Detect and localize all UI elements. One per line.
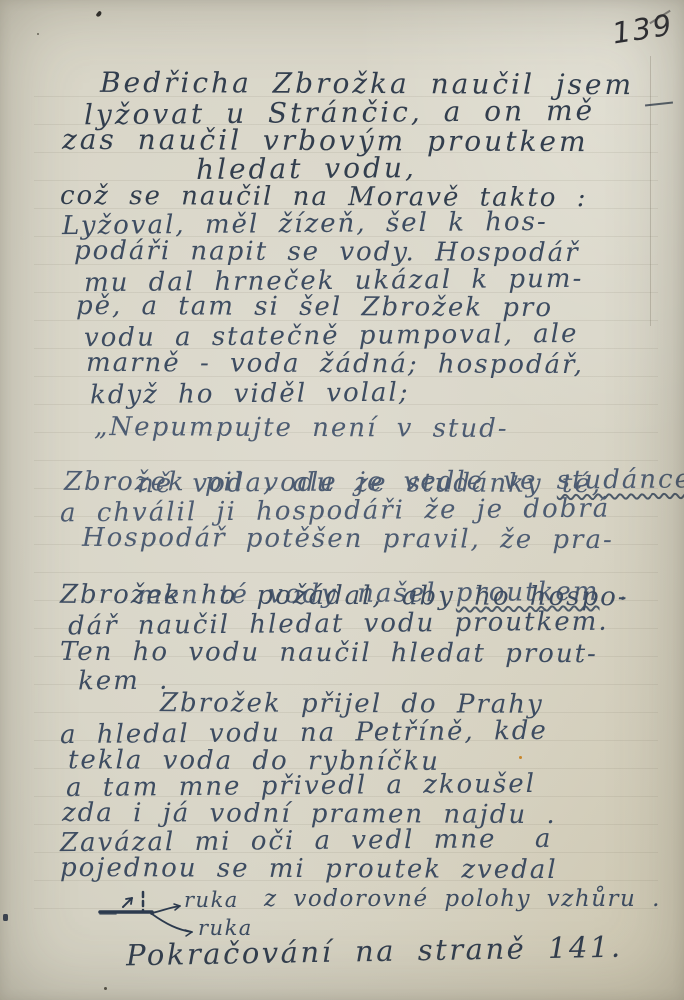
sketch-caption: z vodorovné polohy vzhůru . bbox=[264, 886, 661, 912]
manuscript-line: Ten ho vodu naučil hledat prout- bbox=[60, 639, 598, 667]
manuscript-line: Hospodář potěšen pravil, že pra- bbox=[82, 525, 614, 553]
manuscript-line: marně - voda žádná; hospodář, bbox=[86, 350, 584, 378]
manuscript-line: Zbrožek ho požádal, aby ho hospo- bbox=[60, 582, 629, 610]
paper-crease bbox=[650, 56, 651, 326]
manuscript-line: kem . bbox=[78, 668, 170, 695]
manuscript-page-photo: 139 Bedřicha Zbrožka naučil jsem lyžovat… bbox=[0, 0, 684, 1000]
stray-ink-dash bbox=[645, 102, 673, 107]
manuscript-line: pojednou se mi proutek zvedal bbox=[60, 855, 558, 883]
manuscript-line: Zbrožek pil vodu ze studánky té, bbox=[64, 469, 602, 497]
manuscript-line: vodu a statečně pumpoval, ale bbox=[84, 321, 579, 351]
manuscript-line: a chválil ji hospodáři že je dobrá bbox=[60, 496, 610, 527]
manuscript-line: dář naučil hledat vodu proutkem. bbox=[68, 609, 609, 640]
manuscript-line: a tam mne přivedl a zkoušel bbox=[66, 771, 536, 801]
manuscript-line: Zbrožek přijel do Prahy bbox=[160, 690, 544, 718]
manuscript-line: Zavázal mi oči a vedl mne a bbox=[60, 826, 553, 856]
ink-speck bbox=[104, 987, 107, 990]
continuation-note: Pokračování na straně 141. bbox=[126, 930, 623, 973]
manuscript-line: Lyžoval, měl žízeň, šel k hos- bbox=[62, 209, 548, 239]
hand-label-upper: ruka bbox=[184, 888, 239, 912]
ink-speck bbox=[96, 10, 103, 17]
ink-speck bbox=[37, 33, 39, 35]
manuscript-line: „Nepumpujte není v stud- bbox=[94, 414, 509, 442]
manuscript-line: pě, a tam si šel Zbrožek pro bbox=[76, 293, 553, 321]
manuscript-line: když ho viděl volal; bbox=[90, 380, 410, 409]
ink-speck bbox=[3, 914, 8, 921]
manuscript-line: a hledal vodu na Petříně, kde bbox=[60, 718, 548, 748]
manuscript-line: podáři napit se vody. Hospodář bbox=[74, 238, 580, 266]
paper-stain bbox=[519, 756, 522, 759]
manuscript-line: hledat vodu, bbox=[196, 154, 417, 184]
